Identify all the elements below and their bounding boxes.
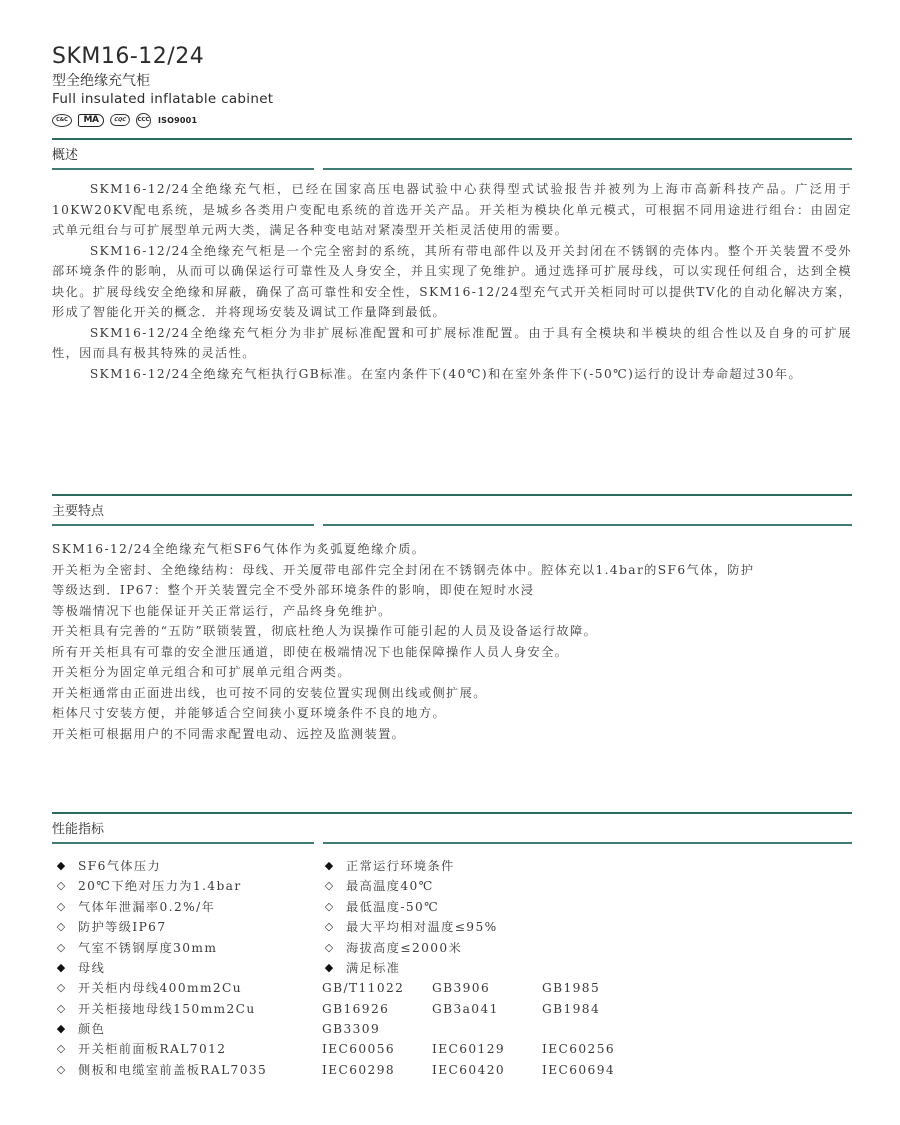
standards-row: GB16926 GB3a041 GB1984	[322, 999, 642, 1019]
standard-code: GB3906	[432, 978, 542, 999]
section-divider-left	[52, 842, 314, 844]
filled-diamond-icon: ◆	[54, 1019, 68, 1040]
standard-code: GB1984	[542, 999, 642, 1020]
spec-item: ◇开关柜接地母线150mm2Cu	[54, 999, 267, 1019]
overview-paragraph: SKM16-12/24全绝缘充气柜执行GB标准。在室内条件下(40℃)和在室外条…	[52, 364, 852, 385]
spec-text: 侧板和电缆室前盖板RAL7035	[78, 1060, 267, 1081]
features-list: SKM16-12/24全绝缘充气柜SF6气体作为炙弧夏绝缘介质。 开关柜为全密封…	[52, 539, 852, 744]
section-divider-left	[52, 168, 314, 170]
spec-item: ◆颜色	[54, 1019, 267, 1039]
section-title-overview: 概述	[52, 148, 78, 164]
overview-paragraph: SKM16-12/24全绝缘充气柜是一个完全密封的系统，其所有带电部件以及开关封…	[52, 241, 852, 323]
filled-diamond-icon: ◆	[54, 856, 68, 877]
hollow-diamond-icon: ◇	[322, 876, 336, 897]
standard-code: GB16926	[322, 999, 432, 1020]
spec-item: ◆正常运行环境条件	[322, 856, 642, 876]
ccc-mark-icon: CCC	[136, 113, 151, 128]
ccc-cert-icon: C&C	[52, 114, 72, 127]
standards-row: GB/T11022 GB3906 GB1985	[322, 978, 642, 998]
specs-right-column: ◆正常运行环境条件 ◇最高温度40℃ ◇最低温度-50℃ ◇最大平均相对温度≤9…	[322, 856, 642, 1080]
spec-item: ◇气体年泄漏率0.2%/年	[54, 897, 267, 917]
feature-line: SKM16-12/24全绝缘充气柜SF6气体作为炙弧夏绝缘介质。	[52, 539, 852, 560]
standard-code: GB1985	[542, 978, 642, 999]
section-title-specs: 性能指标	[52, 822, 104, 838]
spec-text: 开关柜内母线400mm2Cu	[78, 978, 242, 999]
spec-text: 最低温度-50℃	[346, 897, 439, 918]
filled-diamond-icon: ◆	[54, 958, 68, 979]
spec-item: ◇防护等级IP67	[54, 917, 267, 937]
feature-line: 开关柜分为固定单元组合和可扩展单元组合两类。	[52, 662, 852, 683]
spec-item: ◇开关柜内母线400mm2Cu	[54, 978, 267, 998]
hollow-diamond-icon: ◇	[54, 978, 68, 999]
spec-text: 气室不锈钢厚度30mm	[78, 938, 217, 959]
feature-line: 等极端情况下也能保证开关正常运行，产品终身免维护。	[52, 601, 852, 622]
hollow-diamond-icon: ◇	[54, 1060, 68, 1081]
spec-text: SF6气体压力	[78, 856, 161, 877]
hollow-diamond-icon: ◇	[322, 897, 336, 918]
standard-code: GB3a041	[432, 999, 542, 1020]
specs-left-column: ◆SF6气体压力 ◇20℃下绝对压力为1.4bar ◇气体年泄漏率0.2%/年 …	[54, 856, 267, 1080]
hollow-diamond-icon: ◇	[54, 999, 68, 1020]
spec-item: ◆SF6气体压力	[54, 856, 267, 876]
section-divider-right	[323, 842, 852, 844]
hollow-diamond-icon: ◇	[322, 917, 336, 938]
feature-line: 开关柜为全密封、全绝缘结构：母线、开关厦带电部件完全封闭在不锈钢壳体中。腔体充以…	[52, 560, 852, 581]
standard-code: IEC60298	[322, 1060, 432, 1081]
spec-text: 开关柜接地母线150mm2Cu	[78, 999, 256, 1020]
filled-diamond-icon: ◆	[322, 958, 336, 979]
spec-text: 满足标准	[346, 958, 400, 979]
spec-text: 开关柜前面板RAL7012	[78, 1039, 226, 1060]
hollow-diamond-icon: ◇	[54, 938, 68, 959]
hollow-diamond-icon: ◇	[54, 897, 68, 918]
standards-row: IEC60298 IEC60420 IEC60694	[322, 1060, 642, 1080]
spec-text: 海拔高度≤2000米	[346, 938, 462, 959]
iso-cert-icon: ISO9001	[158, 116, 197, 125]
standard-code: GB/T11022	[322, 978, 432, 999]
standard-code: IEC60129	[432, 1039, 542, 1060]
feature-line: 开关柜通常由正面进出线，也可按不同的安装位置实现侧出线或侧扩展。	[52, 683, 852, 704]
overview-paragraph: SKM16-12/24全绝缘充气柜，已经在国家高压电器试验中心获得型式试验报告并…	[52, 179, 852, 241]
spec-text: 最高温度40℃	[346, 876, 434, 897]
spec-item: ◆母线	[54, 958, 267, 978]
spec-text: 母线	[78, 958, 105, 979]
hollow-diamond-icon: ◇	[54, 917, 68, 938]
standard-code: IEC60694	[542, 1060, 642, 1081]
hollow-diamond-icon: ◇	[54, 876, 68, 897]
product-title-cn: 型全绝缘充气柜	[52, 72, 150, 90]
hollow-diamond-icon: ◇	[54, 1039, 68, 1060]
section-divider-left	[52, 524, 314, 526]
section-title-features: 主要特点	[52, 504, 104, 520]
hollow-diamond-icon: ◇	[322, 938, 336, 959]
standard-code: GB3309	[322, 1019, 432, 1040]
spec-text: 颜色	[78, 1019, 105, 1040]
spec-item: ◇气室不锈钢厚度30mm	[54, 938, 267, 958]
spec-item: ◇最高温度40℃	[322, 876, 642, 896]
standards-table: GB/T11022 GB3906 GB1985 GB16926 GB3a041 …	[322, 978, 642, 1080]
certification-logos: C&C MA CQC CCC ISO9001	[52, 112, 197, 128]
standards-row: IEC60056 IEC60129 IEC60256	[322, 1040, 642, 1060]
spec-item: ◇20℃下绝对压力为1.4bar	[54, 876, 267, 896]
overview-paragraph: SKM16-12/24全绝缘充气柜分为非扩展标准配置和可扩展标准配置。由于具有全…	[52, 323, 852, 364]
product-title-en: Full insulated inflatable cabinet	[52, 90, 273, 108]
standard-code: IEC60056	[322, 1039, 432, 1060]
spec-text: 气体年泄漏率0.2%/年	[78, 897, 215, 918]
section-divider-top	[52, 138, 852, 140]
section-divider-right	[323, 168, 852, 170]
overview-body: SKM16-12/24全绝缘充气柜，已经在国家高压电器试验中心获得型式试验报告并…	[52, 179, 852, 384]
spec-item: ◇海拔高度≤2000米	[322, 938, 642, 958]
standards-row: GB3309	[322, 1019, 642, 1039]
spec-item: ◆满足标准	[322, 958, 642, 978]
spec-text: 最大平均相对温度≤95%	[346, 917, 498, 938]
feature-line: 开关柜可根据用户的不同需求配置电动、远控及监测装置。	[52, 724, 852, 745]
feature-line: 开关柜具有完善的“五防”联锁装置，彻底杜绝人为误操作可能引起的人员及设备运行故障…	[52, 621, 852, 642]
spec-item: ◇侧板和电缆室前盖板RAL7035	[54, 1060, 267, 1080]
spec-item: ◇最大平均相对温度≤95%	[322, 917, 642, 937]
product-model: SKM16-12/24	[52, 44, 204, 70]
standard-code: IEC60420	[432, 1060, 542, 1081]
section-divider-right	[323, 524, 852, 526]
feature-line: 所有开关柜具有可靠的安全泄压通道，即使在极端情况下也能保障操作人员人身安全。	[52, 642, 852, 663]
spec-text: 20℃下绝对压力为1.4bar	[78, 876, 242, 897]
standard-code: IEC60256	[542, 1039, 642, 1060]
spec-text: 防护等级IP67	[78, 917, 166, 938]
spec-item: ◇开关柜前面板RAL7012	[54, 1040, 267, 1060]
filled-diamond-icon: ◆	[322, 856, 336, 877]
section-divider-top	[52, 812, 852, 814]
feature-line: 柜体尺寸安装方便，并能够适合空间狭小夏环境条件不良的地方。	[52, 703, 852, 724]
spec-text: 正常运行环境条件	[346, 856, 455, 877]
section-divider-top	[52, 494, 852, 496]
feature-line: 等级达到．IP67：整个开关装置完全不受外部环境条件的影响，即使在短时水浸	[52, 580, 852, 601]
spec-item: ◇最低温度-50℃	[322, 897, 642, 917]
cqc-cert-icon: CQC	[108, 114, 131, 126]
cma-cert-icon: MA	[78, 114, 104, 127]
